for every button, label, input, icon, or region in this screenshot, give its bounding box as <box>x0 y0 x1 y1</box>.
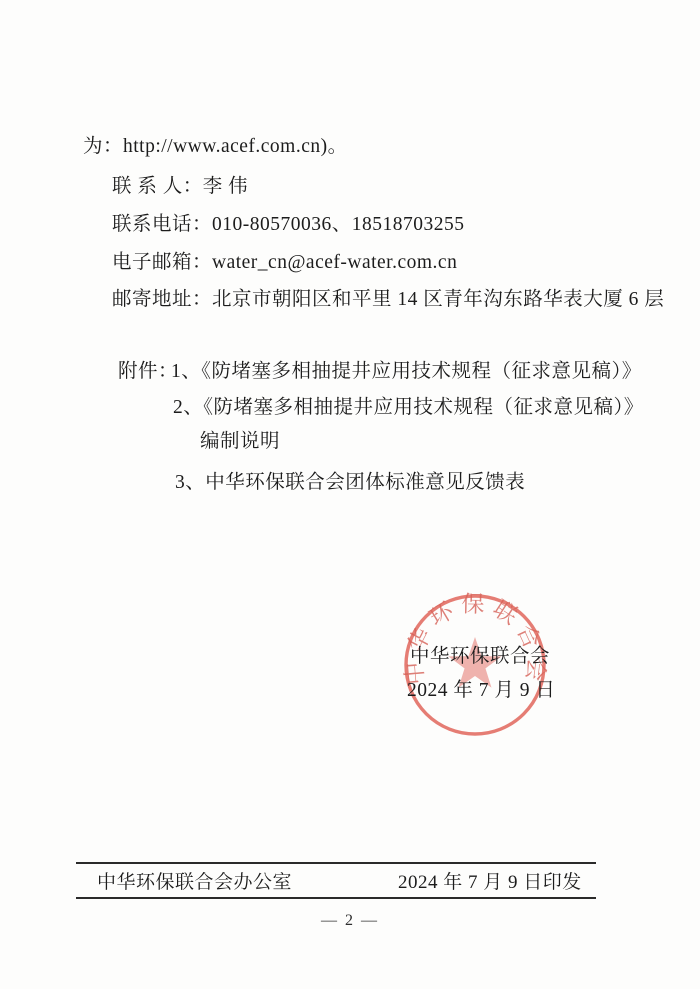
page-number: — 2 — <box>0 912 700 930</box>
document-page: 为：http://www.acef.com.cn)。 联 系 人：李 伟 联系电… <box>0 0 700 989</box>
attachments-label: 附件： <box>118 362 178 382</box>
attachment-item-2-continuation: 编制说明 <box>200 432 280 452</box>
attachment-item-3: 3、中华环保联合会团体标准意见反馈表 <box>175 473 525 493</box>
footer-issuing-office: 中华环保联合会办公室 <box>97 873 292 892</box>
footer-top-rule <box>76 862 596 864</box>
contact-person-line: 联 系 人：李 伟 <box>112 177 248 197</box>
footer-bottom-rule <box>76 897 596 899</box>
signature-date: 2024 年 7 月 9 日 <box>407 681 555 701</box>
contact-email-line: 电子邮箱：water_cn@acef-water.com.cn <box>112 253 457 273</box>
contact-address-line: 邮寄地址：北京市朝阳区和平里 14 区青年沟东路华表大厦 6 层 <box>112 290 664 310</box>
intro-line: 为：http://www.acef.com.cn)。 <box>83 137 348 157</box>
attachment-item-1: 1、《防堵塞多相抽提井应用技术规程（征求意见稿）》 <box>171 362 642 382</box>
signature-org: 中华环保联合会 <box>410 647 550 667</box>
attachment-item-2: 2、《防堵塞多相抽提井应用技术规程（征求意见稿）》 <box>173 398 644 418</box>
footer-print-date: 2024 年 7 月 9 日印发 <box>398 873 582 892</box>
contact-phone-line: 联系电话：010-80570036、18518703255 <box>112 215 465 235</box>
